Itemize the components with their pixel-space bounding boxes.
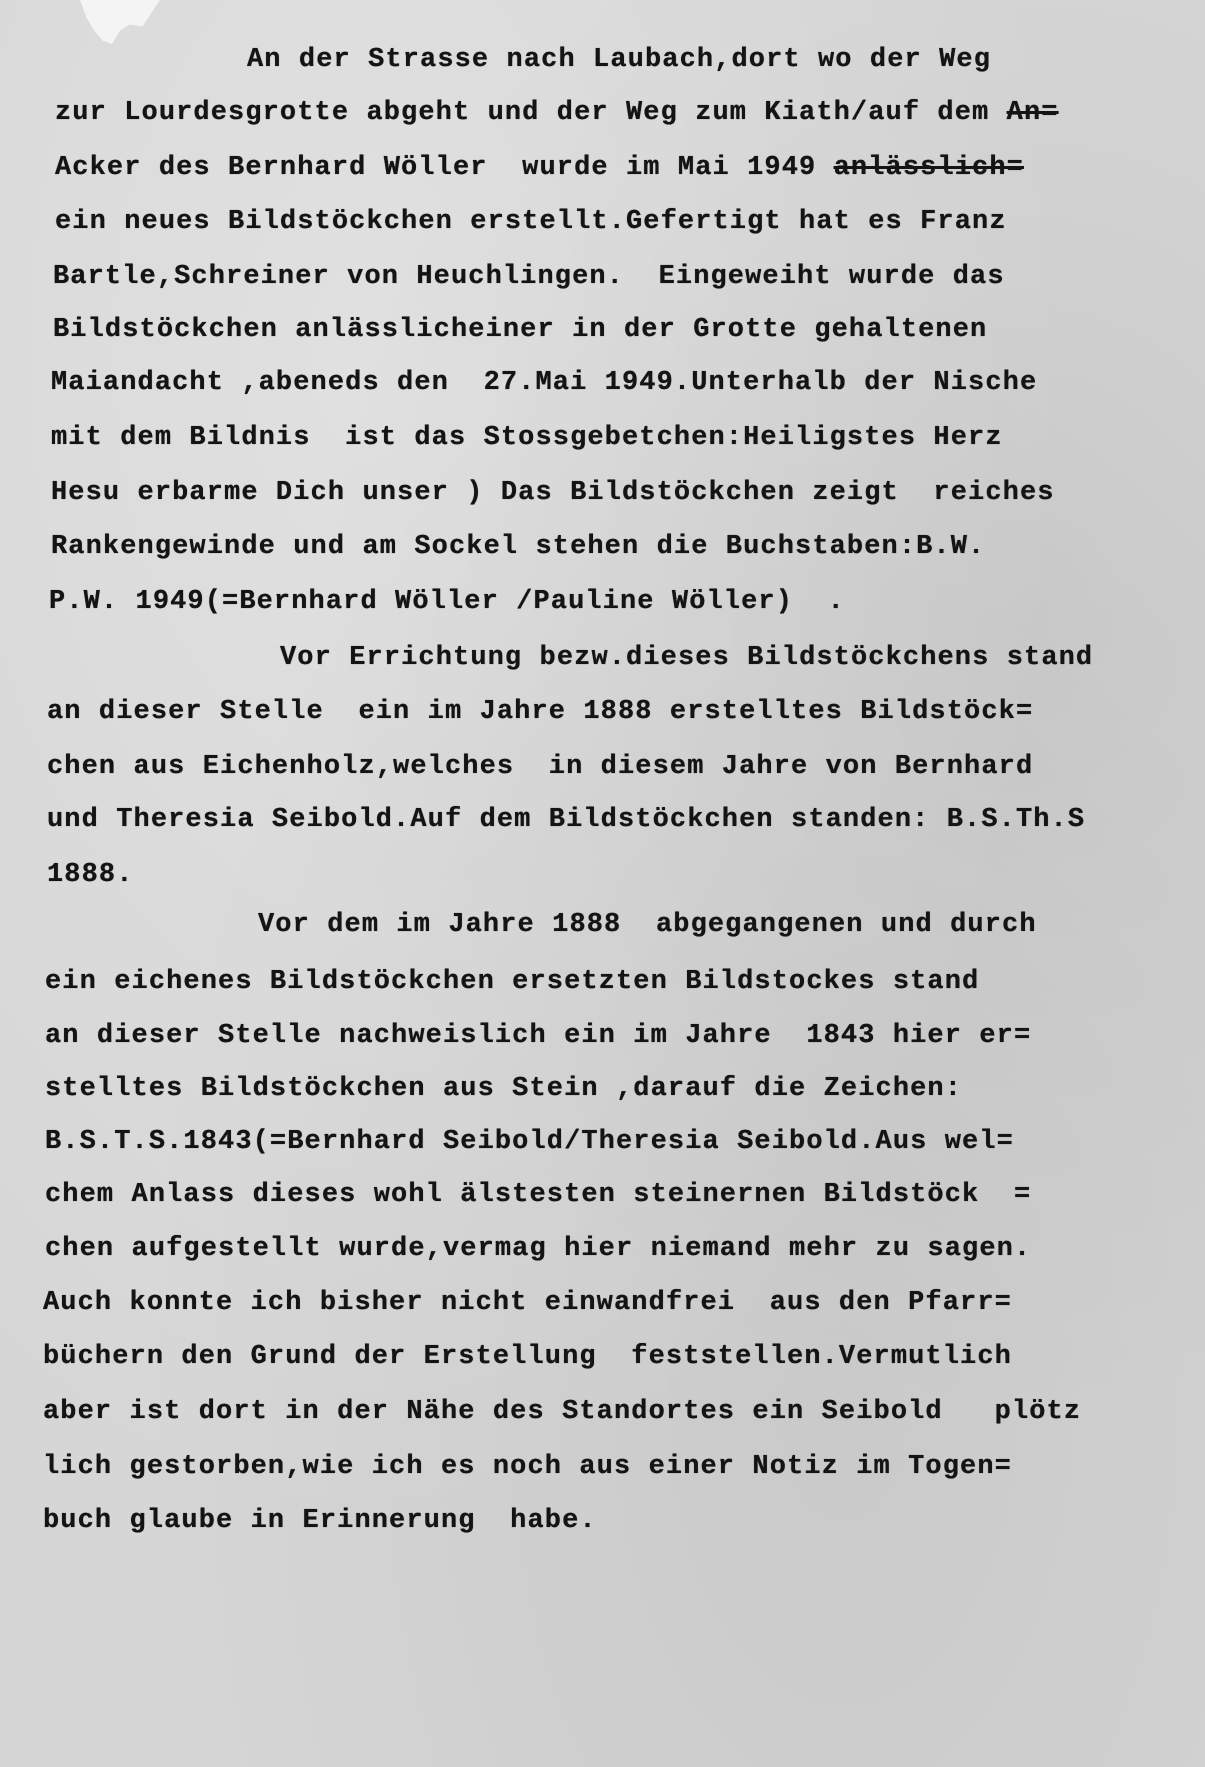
text-line: zur Lourdesgrotte abgeht und der Weg zum… <box>55 98 1059 128</box>
text-line: ein eichenes Bildstöckchen ersetzten Bil… <box>45 967 979 997</box>
text-line: Auch konnte ich bisher nicht einwandfrei… <box>43 1288 1012 1318</box>
text-line: buch glaube in Erinnerung habe. <box>43 1506 597 1536</box>
text-line: an dieser Stelle nachweislich ein im Jah… <box>45 1021 1031 1051</box>
struck-out-text: anlässlich= <box>834 153 1024 183</box>
text-line: an dieser Stelle ein im Jahre 1888 erste… <box>47 697 1033 727</box>
text-line: ein neues Bildstöckchen erstellt.Geferti… <box>55 207 1007 237</box>
text-line: Maiandacht ,abeneds den 27.Mai 1949.Unte… <box>51 368 1037 398</box>
text-line: Bartle,Schreiner von Heuchlingen. Eingew… <box>53 262 1005 292</box>
text-line: Bildstöckchen anlässlicheiner in der Gro… <box>53 315 987 345</box>
text-line: Vor Errichtung bezw.dieses Bildstöckchen… <box>280 643 1093 673</box>
text-line: An der Strasse nach Laubach,dort wo der … <box>247 45 991 75</box>
text-line: Hesu erbarme Dich unser ) Das Bildstöckc… <box>51 478 1055 508</box>
text-line: B.S.T.S.1843(=Bernhard Seibold/Theresia … <box>45 1127 1014 1157</box>
text-line: Acker des Bernhard Wöller wurde im Mai 1… <box>55 153 1024 183</box>
text-line: Vor dem im Jahre 1888 abgegangenen und d… <box>258 910 1037 940</box>
text-line: chen aufgestellt wurde,vermag hier niema… <box>45 1234 1031 1264</box>
text-line: stelltes Bildstöckchen aus Stein ,darauf… <box>45 1074 962 1104</box>
text-line: chem Anlass dieses wohl älstesten steine… <box>45 1180 1031 1210</box>
struck-out-text: An= <box>1007 98 1059 128</box>
text-line: chen aus Eichenholz,welches in diesem Ja… <box>47 752 1033 782</box>
text-line: 1888. <box>47 860 134 890</box>
text-line: lich gestorben,wie ich es noch aus einer… <box>43 1452 1012 1482</box>
text-line: büchern den Grund der Erstellung festste… <box>43 1342 1012 1372</box>
text-line: mit dem Bildnis ist das Stossgebetchen:H… <box>51 423 1003 453</box>
text-line: P.W. 1949(=Bernhard Wöller /Pauline Wöll… <box>49 587 845 617</box>
text-line: und Theresia Seibold.Auf dem Bildstöckch… <box>47 805 1085 835</box>
text-line: Rankengewinde und am Sockel stehen die B… <box>51 532 985 562</box>
text-line: aber ist dort in der Nähe des Standortes… <box>43 1397 1081 1427</box>
typewritten-page: An der Strasse nach Laubach,dort wo der … <box>0 0 1205 1767</box>
